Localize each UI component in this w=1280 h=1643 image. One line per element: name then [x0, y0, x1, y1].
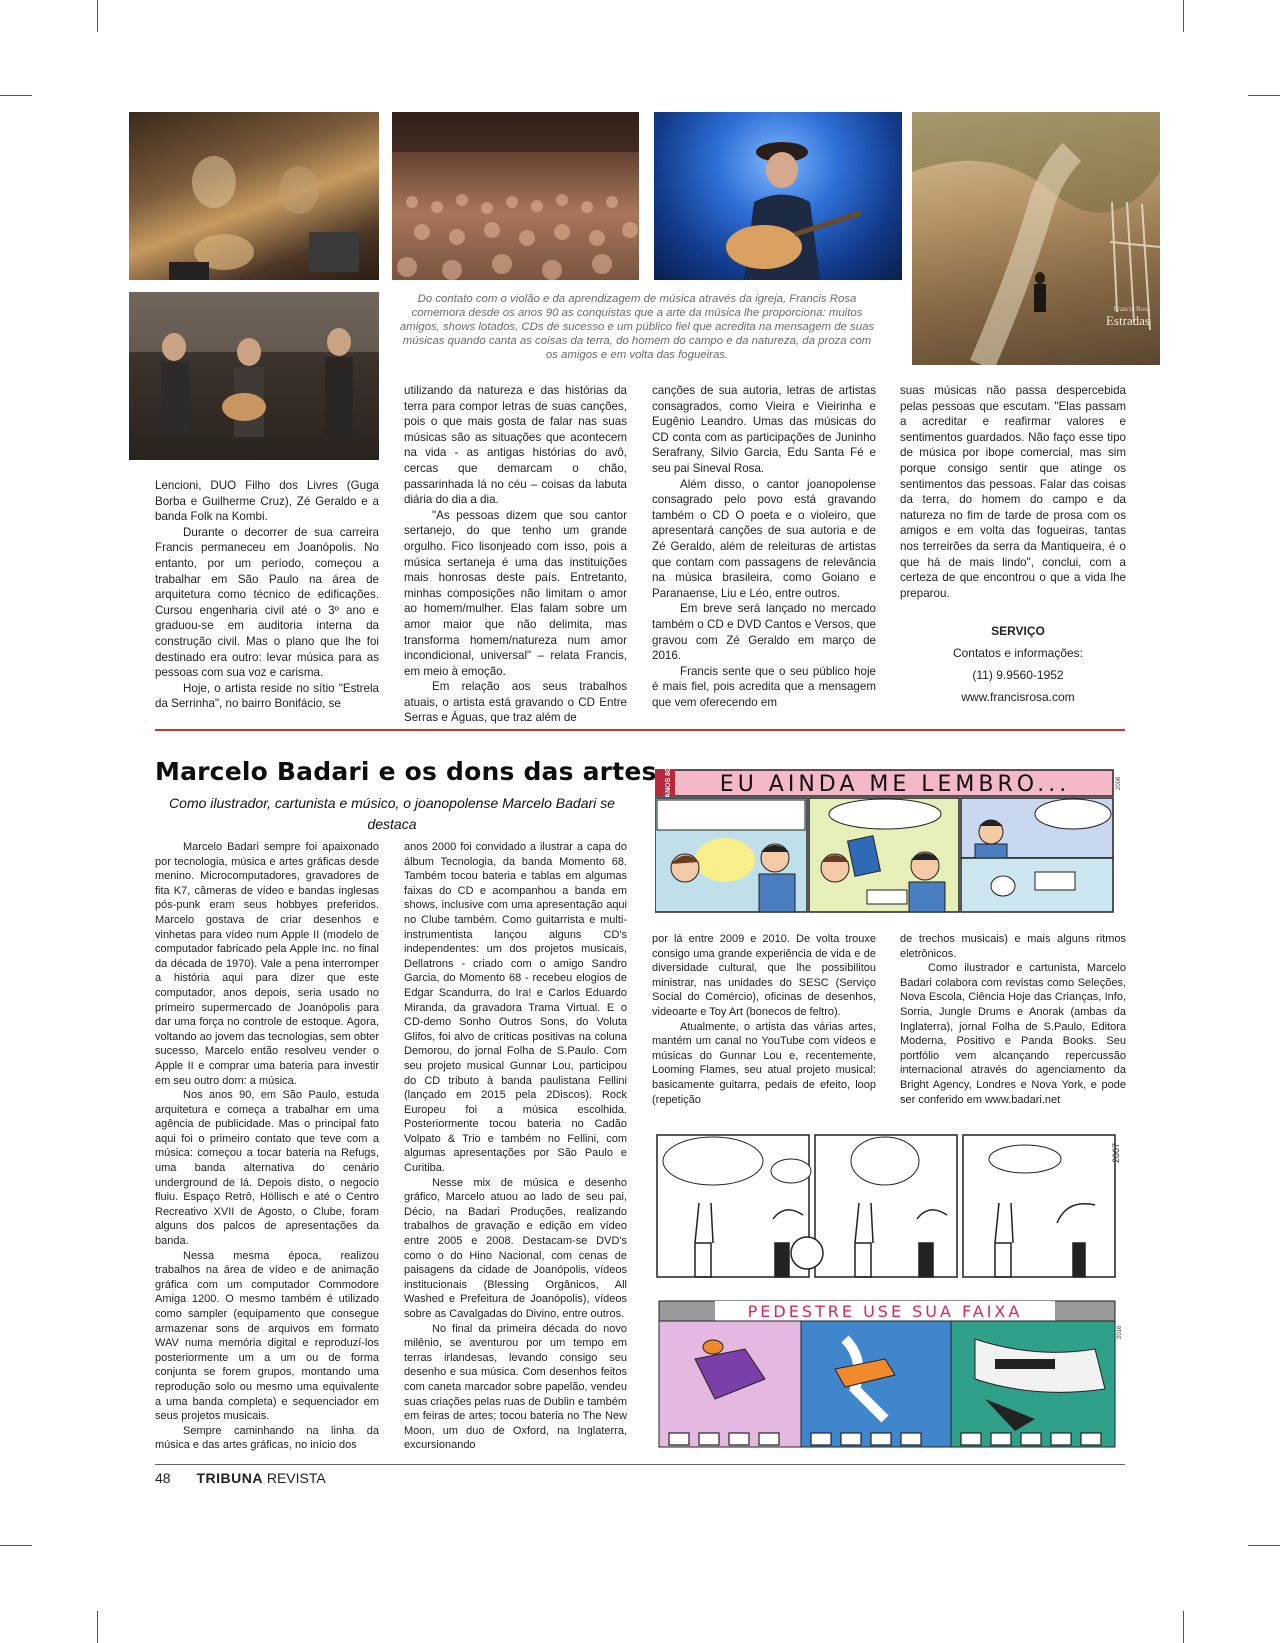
paragraph: Durante o decorrer de sua carreira Franc…	[155, 525, 379, 681]
photo-album-cover: Francis RosaEstradas	[912, 112, 1160, 365]
comic-strip-bateria: 2007	[655, 1133, 1125, 1279]
paragraph: No final da primeira década do novo milê…	[404, 1322, 627, 1453]
paragraph: por lá entre 2009 e 2010. De volta troux…	[652, 932, 876, 1020]
comic-strip-eu-ainda-me-lembro: ANOS 80 EU AINDA ME LEMBRO... 2006	[655, 768, 1125, 916]
paragraph: Nesse mix de música e desenho gráfico, M…	[404, 1176, 627, 1322]
paragraph: suas músicas não passa despercebida pela…	[900, 383, 1126, 601]
crop-mark	[1248, 95, 1280, 96]
crop-mark	[97, 1611, 98, 1643]
crop-mark	[1183, 1611, 1184, 1643]
crop-mark	[1248, 1545, 1280, 1546]
badari-column-2: anos 2000 foi convidado a ilustrar a cap…	[404, 840, 627, 1453]
publication-name: TRIBUNA	[196, 1470, 263, 1486]
francis-column-4: suas músicas não passa despercebida pela…	[900, 383, 1126, 601]
servico-box: SERVIÇO Contatos e informações: (11) 9.9…	[900, 620, 1136, 708]
badari-column-1: Marcelo Badari sempre foi apaixonado por…	[155, 840, 379, 1453]
comic-strip-pedestre: PEDESTRE USE SUA FAIXA 2016	[655, 1299, 1125, 1449]
paragraph: Lencioni, DUO Filho dos Livres (Guga Bor…	[155, 478, 379, 525]
paragraph: Francis sente que o seu público hoje é m…	[652, 664, 876, 711]
crop-mark	[97, 0, 98, 32]
paragraph: "As pessoas dizem que sou cantor sertane…	[404, 508, 627, 680]
photo-caption: Do contato com o violão e da aprendizage…	[398, 292, 876, 362]
paragraph: Nos anos 90, em São Paulo, estuda arquit…	[155, 1088, 379, 1249]
paragraph: de trechos musicais) e mais alguns ritmo…	[900, 932, 1126, 961]
badari-column-4: de trechos musicais) e mais alguns ritmo…	[900, 932, 1126, 1107]
paragraph: canções de sua autoria, letras de artist…	[652, 383, 876, 477]
paragraph: Marcelo Badari sempre foi apaixonado por…	[155, 840, 379, 1088]
footer-rule	[155, 1464, 1125, 1465]
paragraph: Atualmente, o artista das várias artes, …	[652, 1020, 876, 1108]
paragraph: Além disso, o cantor joanopolense consag…	[652, 477, 876, 602]
svg-text:EU AINDA ME LEMBRO...: EU AINDA ME LEMBRO...	[720, 772, 1070, 797]
francis-column-2: utilizando da natureza e das histórias d…	[404, 383, 627, 726]
crop-mark	[1183, 0, 1184, 32]
paragraph: Hoje, o artista reside no sítio "Estrela…	[155, 681, 379, 712]
francis-column-1: Lencioni, DUO Filho dos Livres (Guga Bor…	[155, 478, 379, 712]
badari-column-3: por lá entre 2009 e 2010. De volta troux…	[652, 932, 876, 1107]
paragraph: utilizando da natureza e das histórias d…	[404, 383, 627, 508]
page-footer: 48 TRIBUNA REVISTA	[155, 1470, 326, 1486]
svg-text:2016: 2016	[1117, 1325, 1123, 1339]
crop-mark	[0, 1545, 32, 1546]
article-dek: Como ilustrador, cartunista e músico, o …	[155, 793, 629, 835]
section-divider	[155, 729, 1125, 731]
crop-mark	[0, 95, 32, 96]
photo-band-stage	[129, 292, 379, 460]
paragraph: Nessa mesma época, realizou trabalhos na…	[155, 1249, 379, 1424]
svg-text:PEDESTRE USE SUA FAIXA: PEDESTRE USE SUA FAIXA	[748, 1302, 1023, 1321]
francis-column-3: canções de sua autoria, letras de artist…	[652, 383, 876, 710]
photo-audience	[392, 112, 639, 280]
svg-text:2006: 2006	[1116, 776, 1122, 790]
paragraph: Em relação aos seus trabalhos atuais, o …	[404, 679, 627, 726]
comic-side-tag: ANOS 80	[665, 768, 672, 798]
paragraph: Em breve será lançado no mercado também …	[652, 601, 876, 663]
page-number: 48	[155, 1470, 171, 1486]
photo-duo-guitars	[129, 112, 379, 280]
paragraph: Como ilustrador e cartunista, Marcelo Ba…	[900, 961, 1126, 1107]
publication-subtitle: REVISTA	[267, 1470, 326, 1486]
photo-singer-stage	[654, 112, 902, 280]
album-title: Francis RosaEstradas	[1106, 305, 1150, 329]
servico-contact-label: Contatos e informações:	[900, 642, 1136, 664]
svg-text:2007: 2007	[1111, 1143, 1121, 1163]
servico-title: SERVIÇO	[900, 620, 1136, 642]
paragraph: Sempre caminhando na linha da música e d…	[155, 1424, 379, 1453]
article-headline: Marcelo Badari e os dons das artes	[155, 757, 657, 786]
servico-phone: (11) 9.9560-1952	[900, 664, 1136, 686]
servico-website[interactable]: www.francisrosa.com	[900, 686, 1136, 708]
paragraph: anos 2000 foi convidado a ilustrar a cap…	[404, 840, 627, 1176]
